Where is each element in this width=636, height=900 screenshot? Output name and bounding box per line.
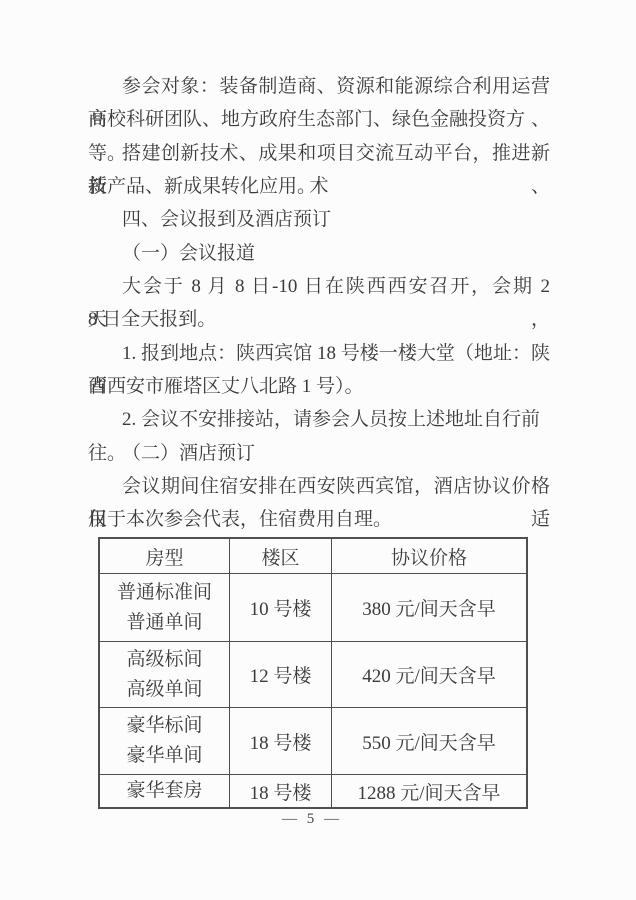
text-line: 高校科研团队、地方政府生态部门、绿色金融投资方等。	[88, 103, 550, 136]
table-header-cell: 房型	[100, 539, 230, 573]
price-cell: 420 元/间天含早	[332, 642, 526, 707]
text-line: 四、会议报到及酒店预订	[88, 203, 550, 236]
body-text: 参会对象：装备制造商、资源和能源综合利用运营商、高校科研团队、地方政府生态部门、…	[88, 70, 550, 537]
text-line: 会议期间住宿安排在西安陕西宾馆，酒店协议价格仅适	[88, 470, 550, 503]
room-type-label: 豪华标间	[126, 711, 202, 741]
building-cell: 10 号楼	[230, 574, 332, 641]
table-row: 普通标准间普通单间10 号楼380 元/间天含早	[100, 574, 526, 642]
text-line: 搭建创新技术、成果和项目交流互动平台，推进新技术、	[88, 137, 550, 170]
table-row: 豪华标间豪华单间18 号楼550 元/间天含早	[100, 708, 526, 775]
price-cell: 1288 元/间天含早	[332, 775, 526, 807]
building-cell: 18 号楼	[230, 775, 332, 807]
room-type-label: 豪华套房	[126, 776, 202, 806]
table-row: 豪华套房18 号楼1288 元/间天含早	[100, 775, 526, 807]
page-number: — 5 —	[0, 811, 624, 828]
text-line: 参会对象：装备制造商、资源和能源综合利用运营商、	[88, 70, 550, 103]
table-header-cell: 协议价格	[332, 539, 526, 573]
text-line: 1. 报到地点：陕西宾馆 18 号楼一楼大堂（地址：陕西	[88, 337, 550, 370]
text-line: （一）会议报道	[88, 237, 550, 270]
building-cell: 12 号楼	[230, 642, 332, 707]
table-header-row: 房型楼区协议价格	[100, 539, 526, 574]
room-type-cell: 高级标间高级单间	[100, 642, 230, 707]
room-type-label: 豪华单间	[126, 741, 202, 771]
text-line: 省西安市雁塔区丈八北路 1 号）。	[88, 370, 550, 403]
room-type-cell: 普通标准间普通单间	[100, 574, 230, 641]
text-line: 2. 会议不安排接站，请参会人员按上述地址自行前往。	[88, 403, 550, 436]
room-type-cell: 豪华标间豪华单间	[100, 708, 230, 774]
text-line: （二）酒店预订	[88, 437, 550, 470]
room-type-label: 普通标准间	[117, 578, 212, 608]
table-header-cell: 楼区	[230, 539, 332, 573]
price-cell: 550 元/间天含早	[332, 708, 526, 774]
room-type-label: 高级单间	[126, 675, 202, 705]
hotel-price-table: 房型楼区协议价格 普通标准间普通单间10 号楼380 元/间天含早高级标间高级单…	[98, 537, 528, 809]
table-row: 高级标间高级单间12 号楼420 元/间天含早	[100, 642, 526, 708]
room-type-cell: 豪华套房	[100, 775, 230, 807]
price-cell: 380 元/间天含早	[332, 574, 526, 641]
building-cell: 18 号楼	[230, 708, 332, 774]
room-type-label: 高级标间	[126, 645, 202, 675]
room-type-label: 普通单间	[126, 608, 202, 638]
text-line: 大会于 8 月 8 日-10 日在陕西西安召开，会期 2 天，	[88, 270, 550, 303]
document-page: 参会对象：装备制造商、资源和能源综合利用运营商、高校科研团队、地方政府生态部门、…	[0, 0, 636, 900]
